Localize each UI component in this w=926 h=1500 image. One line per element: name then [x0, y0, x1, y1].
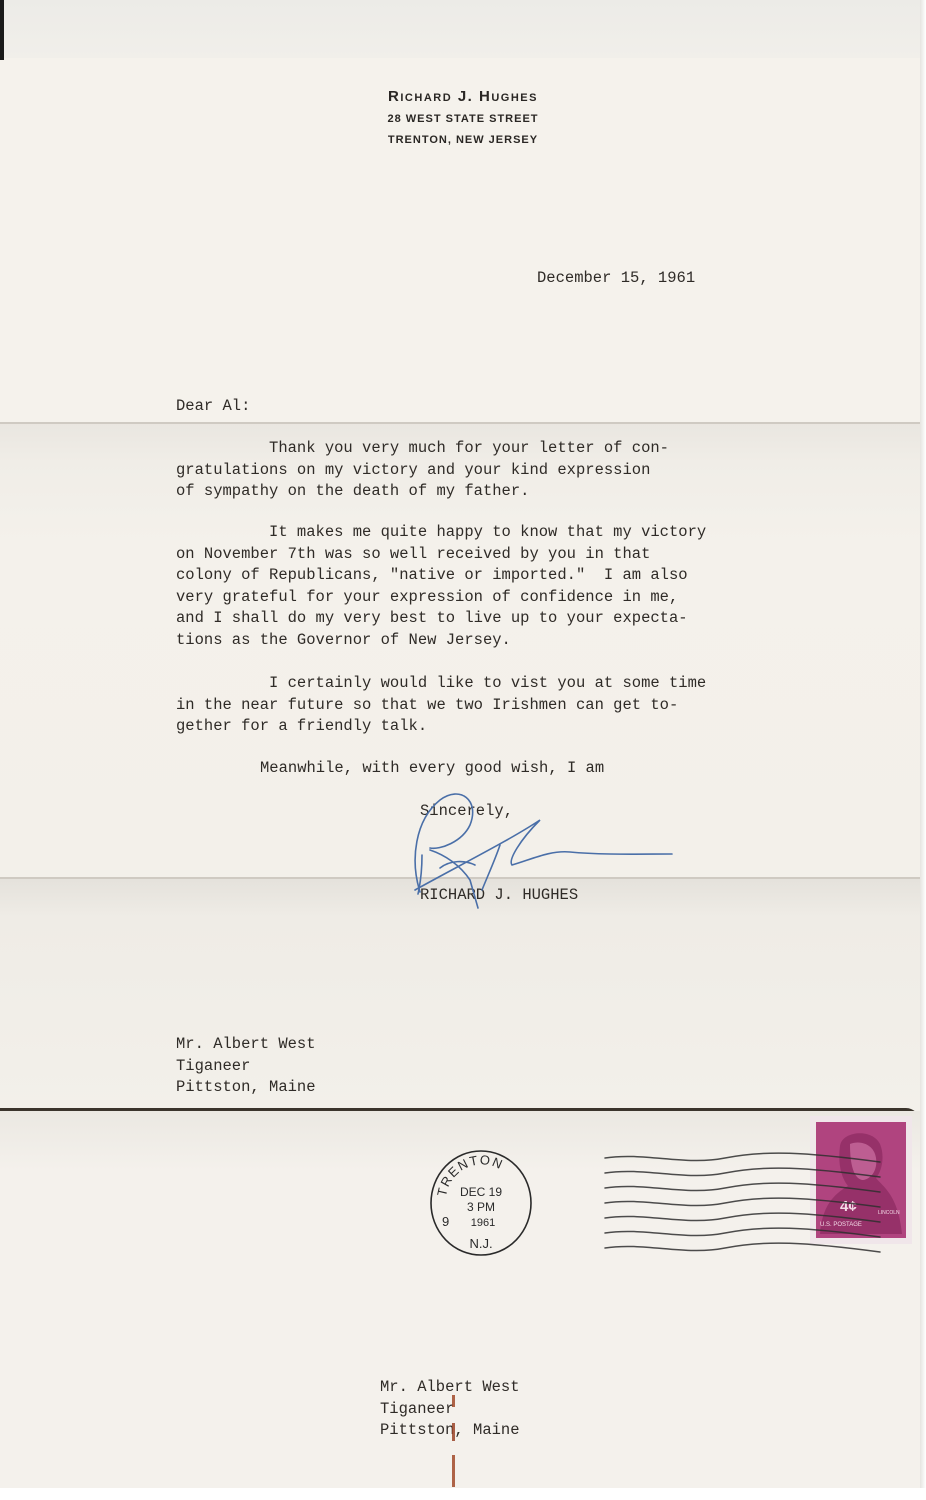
paragraph-2: It makes me quite happy to know that my …: [176, 522, 706, 651]
bottom-fold-panel: [0, 877, 922, 1112]
envelope-address: Mr. Albert West Tiganeer Pittston, Maine: [380, 1377, 520, 1442]
letterhead-street: 28 WEST STATE STREET: [0, 113, 926, 125]
paragraph-3: I certainly would like to vist you at so…: [176, 673, 706, 738]
scan-edge: [0, 0, 4, 60]
postmark-year: 1961: [471, 1217, 495, 1229]
top-shadow: [0, 0, 922, 58]
postmark-time: 3 PM: [467, 1200, 495, 1214]
fold-line: [0, 422, 922, 424]
bottom-margin: [0, 1488, 926, 1500]
inside-address: Mr. Albert West Tiganeer Pittston, Maine: [176, 1034, 316, 1099]
letterhead-name: Richard J. Hughes: [0, 88, 926, 105]
handwritten-signature: [400, 770, 690, 910]
postmark-date: DEC 19: [460, 1185, 502, 1199]
letterhead-city: TRENTON, NEW JERSEY: [0, 134, 926, 146]
salutation: Dear Al:: [176, 396, 250, 418]
postmark-station: 9: [442, 1214, 449, 1229]
page-edge: [920, 0, 926, 1500]
letter-date: December 15, 1961: [537, 268, 695, 290]
paragraph-1: Thank you very much for your letter of c…: [176, 438, 669, 503]
wavy-cancellation-lines: [600, 1148, 890, 1260]
rust-stain: [452, 1395, 455, 1495]
postmark: TRENTON DEC 19 3 PM 1961 9 N.J.: [428, 1148, 534, 1258]
postmark-state: N.J.: [469, 1236, 492, 1251]
